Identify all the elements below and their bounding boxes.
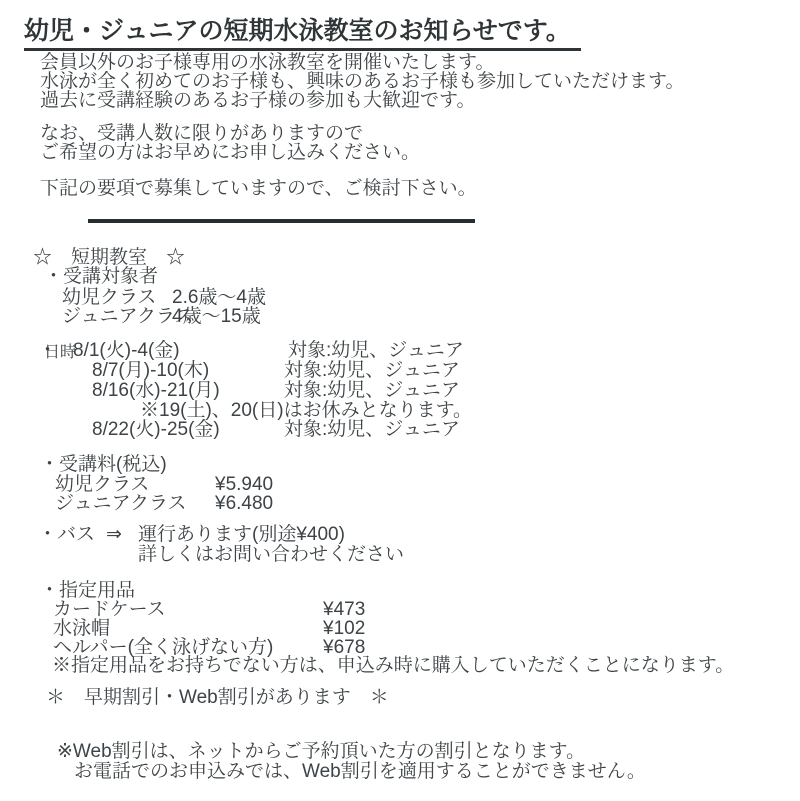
- goods-row: カードケース ¥473: [0, 600, 800, 620]
- schedule-date: 8/7(月)-10(木): [92, 361, 209, 381]
- goods-label: ・指定用品: [40, 581, 135, 601]
- intro-line-3: 過去に受講経験のあるお子様の参加も大歓迎です。: [40, 91, 475, 111]
- intro-line-1: 会員以外のお子様専用の水泳教室を開催いたします。: [40, 53, 494, 73]
- section-divider: [88, 219, 475, 223]
- section-heading: ☆ 短期教室 ☆: [33, 248, 185, 268]
- schedule-target: 対象:幼児、ジュニア: [284, 381, 460, 401]
- schedule-date: 8/22(火)-25(金): [92, 420, 220, 440]
- double-arrow-icon: ⇒: [106, 525, 122, 545]
- schedule-date: 8/16(水)-21(月): [92, 381, 220, 401]
- fee-price: ¥6.480: [215, 494, 273, 514]
- schedule-row: 8/7(月)-10(木) 対象:幼児、ジュニア: [0, 361, 800, 381]
- schedule-target: 対象:幼児、ジュニア: [284, 420, 460, 440]
- discount-line: ＊ 早期割引・Web割引があります ＊: [46, 688, 389, 708]
- page-title: 幼児・ジュニアの短期水泳教室のお知らせです。: [24, 17, 581, 51]
- schedule-target: 対象:幼児、ジュニア: [284, 361, 460, 381]
- schedule-date: 8/1(火)-4(金): [73, 341, 180, 361]
- goods-row: 水泳帽 ¥102: [0, 619, 800, 639]
- fee-price: ¥5.940: [215, 475, 273, 495]
- capacity-note-line-2: ご希望の方はお早めにお申し込みください。: [40, 143, 420, 163]
- target-row: ジュニアクラス 4歳～15歳: [0, 307, 800, 327]
- goods-note: ※指定用品をお持ちでない方は、申込み時に購入していただくことになります。: [52, 656, 734, 676]
- bus-text: 運行あります(別途¥400): [138, 525, 345, 545]
- class-age: 4歳～15歳: [172, 307, 261, 327]
- fee-row: ジュニアクラス ¥6.480: [0, 494, 800, 514]
- target-audience-label: ・受講対象者: [44, 267, 158, 287]
- schedule-row: ・ 日時 8/1(火)-4(金) 対象:幼児、ジュニア: [0, 341, 800, 361]
- cta-line: 下記の要項で募集していますので、ご検討下さい。: [40, 179, 477, 199]
- web-discount-note-1: ※Web割引は、ネットからご予約頂いた方の割引となります。: [57, 742, 585, 762]
- class-name: 幼児クラス: [62, 288, 156, 308]
- fee-class-name: ジュニアクラス: [55, 494, 186, 514]
- intro-line-2: 水泳が全く初めてのお子様も、興味のあるお子様も参加していただけます。: [40, 72, 684, 92]
- class-age: 2.6歳～4歳: [172, 288, 266, 308]
- bus-label: ・バス: [38, 525, 95, 545]
- goods-name: 水泳帽: [53, 619, 110, 639]
- web-discount-note-2: お電話でのお申込みでは、Web割引を適用することができません。: [74, 762, 646, 782]
- capacity-note-line-1: なお、受講人数に限りがありますので: [40, 124, 363, 144]
- schedule-label: 日時: [44, 343, 76, 363]
- goods-price: ¥473: [323, 600, 365, 620]
- fee-row: 幼児クラス ¥5.940: [0, 475, 800, 495]
- schedule-row: 8/16(水)-21(月) 対象:幼児、ジュニア: [0, 381, 800, 401]
- bus-contact-line: 詳しくはお問い合わせください: [138, 545, 404, 565]
- target-row: 幼児クラス 2.6歳～4歳: [0, 288, 800, 308]
- goods-name: カードケース: [53, 600, 166, 620]
- notice-document: 幼児・ジュニアの短期水泳教室のお知らせです。 会員以外のお子様専用の水泳教室を開…: [0, 0, 800, 801]
- goods-price: ¥102: [323, 619, 365, 639]
- bus-row: ・バス ⇒ 運行あります(別途¥400): [0, 525, 800, 545]
- holiday-note: ※19(土)、20(日)はお休みとなります。: [140, 401, 472, 421]
- schedule-target: 対象:幼児、ジュニア: [288, 341, 464, 361]
- fee-label: ・受講料(税込): [40, 455, 167, 475]
- fee-class-name: 幼児クラス: [55, 475, 149, 495]
- schedule-row: 8/22(火)-25(金) 対象:幼児、ジュニア: [0, 420, 800, 440]
